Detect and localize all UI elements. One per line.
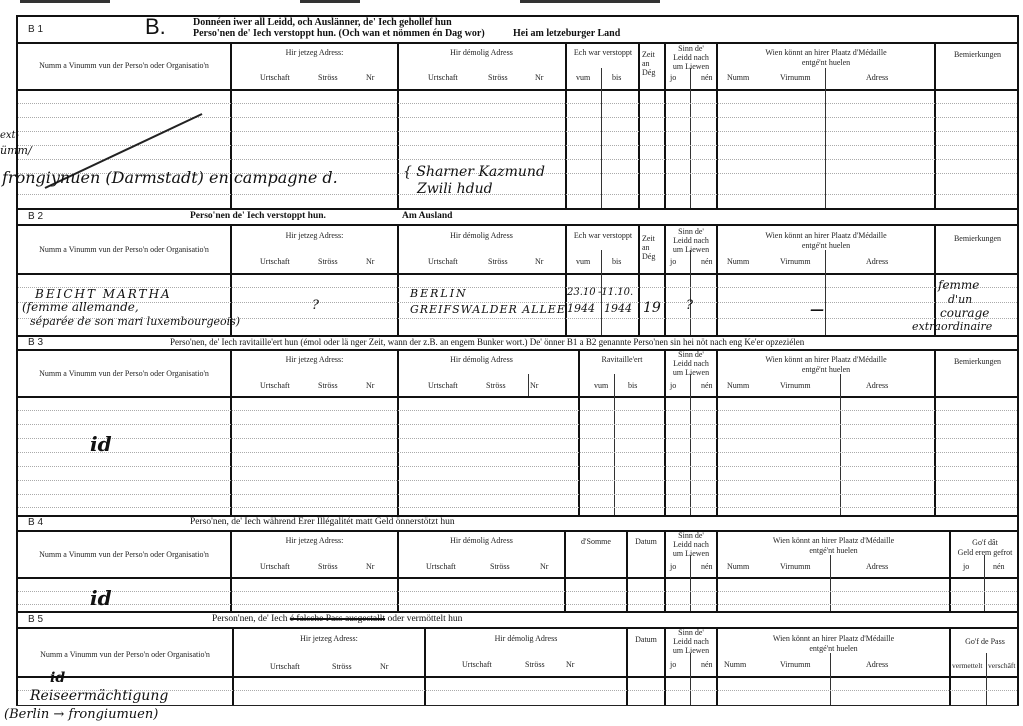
- row-line: [18, 604, 1017, 605]
- col-medal-name: Numm: [727, 73, 749, 82]
- col-no: nén: [701, 660, 713, 669]
- b1-margin-note-2: ümm/: [0, 144, 32, 157]
- col-medal-2: entgé'nt huelen: [718, 241, 934, 251]
- col-current-address: Hir jetzeg Adress:: [232, 48, 397, 57]
- b1-former-address-2: Zwili hdud: [417, 181, 493, 197]
- col-medal: Wien könnt an hirer Plaatz d'Médailleent…: [718, 231, 934, 251]
- col-street: Ströss: [332, 662, 352, 671]
- col-number: Nr: [530, 381, 538, 390]
- col-yes: jo: [670, 381, 676, 390]
- section-label-b2: B 2: [28, 211, 43, 222]
- row-line: [18, 410, 1017, 411]
- col-divider: [690, 250, 691, 335]
- b2-locality: BERLIN: [410, 287, 468, 300]
- col-divider: [690, 555, 691, 611]
- row-line: [18, 452, 1017, 453]
- form-header-top: Donnéen iwer all Leidd, och Auslänner, d…: [193, 17, 452, 28]
- col-divider: [232, 627, 234, 705]
- b2-remark-4: extraordinaire: [912, 320, 992, 333]
- col-former-address: Hir démolig Adress: [399, 536, 564, 545]
- b2-alive: ?: [686, 298, 693, 313]
- b2-remark-1: femme: [938, 278, 979, 292]
- col-from: vum: [576, 257, 590, 266]
- col-medal-name: Numm: [727, 562, 749, 571]
- b5-title-a: Person'nen, de' Iech: [212, 614, 290, 624]
- b2-from-date: 23.10: [567, 287, 596, 298]
- col-divider: [424, 627, 426, 705]
- col-divider: [230, 349, 232, 515]
- col-days-label: Zeit an Dég: [642, 234, 662, 261]
- divider: [16, 273, 1019, 275]
- col-medal-name: Numm: [724, 660, 746, 669]
- b2-medal: —: [810, 302, 824, 318]
- row-line: [18, 103, 1017, 104]
- b5-title-struck: é falsche Pass ausgestallt: [290, 614, 385, 624]
- col-locality: Urtschaft: [260, 73, 290, 82]
- scan-edge: [20, 0, 110, 3]
- col-street: Ströss: [318, 381, 338, 390]
- col-medal-2: entgé'nt huelen: [718, 58, 934, 68]
- col-medal-name: Numm: [727, 257, 749, 266]
- col-divider: [716, 530, 718, 611]
- col-medal-1: Wien könnt an hirer Plaatz d'Médaille: [718, 48, 934, 58]
- col-alive: Sinn de'Leidd nachum Liewen: [666, 227, 716, 254]
- col-divider: [397, 530, 399, 611]
- col-street: Ströss: [525, 660, 545, 669]
- col-medal-2: entgé'nt huelen: [718, 546, 949, 556]
- col-medal-address: Adress: [866, 660, 888, 669]
- col-locality: Urtschaft: [260, 381, 290, 390]
- col-alive-3: um Liewen: [666, 368, 716, 377]
- b2-title: Perso'nen de' Iech verstoppt hun.: [190, 211, 326, 221]
- col-date: Datum: [628, 635, 664, 644]
- col-sum: d'Somme: [566, 537, 626, 546]
- divider: [16, 89, 1019, 91]
- col-alive: Sinn de'Leidd nachum Liewen: [666, 628, 716, 655]
- col-number: Nr: [366, 73, 374, 82]
- col-name: Numm a Vinumm vun der Perso'n oder Organ…: [18, 550, 230, 559]
- col-alive-1: Sinn de': [666, 227, 716, 236]
- col-remarks: Bemierkungen: [936, 357, 1019, 366]
- col-street: Ströss: [488, 73, 508, 82]
- col-divider: [690, 653, 691, 705]
- col-to: bis: [612, 257, 621, 266]
- row-line: [18, 466, 1017, 467]
- col-locality: Urtschaft: [428, 73, 458, 82]
- b1-former-address-1: { Sharner Kazmund: [403, 164, 545, 180]
- col-remarks: Bemierkungen: [936, 50, 1019, 59]
- col-medal-first: Virnumm: [780, 562, 811, 571]
- col-number: Nr: [566, 660, 574, 669]
- col-name: Numm a Vinumm vun der Perso'n oder Organ…: [18, 61, 230, 70]
- col-street: Ströss: [318, 257, 338, 266]
- b2-name-line1: BEICHT MARTHA: [35, 287, 172, 301]
- col-alive-2: Leidd nach: [666, 637, 716, 646]
- col-divider: [716, 349, 718, 515]
- b2-remark-3: courage: [940, 306, 989, 320]
- col-pass: Go'f de Pass: [951, 637, 1019, 646]
- col-medal-1: Wien könnt an hirer Plaatz d'Médaille: [718, 536, 949, 546]
- col-supplied: Ravitaille'ert: [580, 355, 664, 364]
- col-pass-arranged: vermettelt: [952, 661, 982, 670]
- col-medal: Wien könnt an hirer Plaatz d'Médailleent…: [718, 48, 934, 68]
- col-medal-1: Wien könnt an hirer Plaatz d'Médaille: [718, 634, 949, 644]
- divider: [16, 42, 1019, 44]
- col-locality: Urtschaft: [270, 662, 300, 671]
- col-money-1: Go'f dât: [951, 538, 1019, 548]
- col-alive-3: um Liewen: [666, 646, 716, 655]
- b2-to-date: -11.10.: [598, 287, 633, 298]
- divider: [16, 577, 1019, 579]
- row-line: [18, 591, 1017, 592]
- col-divider: [664, 530, 666, 611]
- col-alive-3: um Liewen: [666, 245, 716, 254]
- b2-name-line2: (femme allemande,: [22, 300, 139, 314]
- col-yes: jo: [670, 660, 676, 669]
- col-alive-1: Sinn de': [666, 628, 716, 637]
- col-alive: Sinn de'Leidd nachum Liewen: [666, 44, 716, 71]
- col-hidden: Ech war verstoppt: [567, 231, 639, 240]
- divider: [16, 396, 1019, 398]
- col-medal-1: Wien könnt an hirer Plaatz d'Médaille: [718, 231, 934, 241]
- col-yes: jo: [963, 562, 969, 571]
- col-divider: [638, 42, 640, 208]
- col-alive-1: Sinn de': [666, 531, 716, 540]
- col-divider: [230, 530, 232, 611]
- divider: [16, 611, 1019, 613]
- col-from: vum: [576, 73, 590, 82]
- col-medal-2: entgé'nt huelen: [718, 644, 949, 654]
- col-medal-address: Adress: [866, 381, 888, 390]
- col-number: Nr: [535, 73, 543, 82]
- col-yes: jo: [670, 562, 676, 571]
- b3-name-entry: id: [90, 432, 112, 456]
- form-header-sub: Perso'nen de' Iech verstoppt hun. (Och w…: [193, 28, 485, 39]
- col-medal-first: Virnumm: [780, 381, 811, 390]
- col-divider: [716, 42, 718, 208]
- col-name: Numm a Vinumm vun der Perso'n oder Organ…: [18, 650, 232, 659]
- col-divider: [825, 250, 826, 335]
- col-current-address: Hir jetzeg Adress:: [232, 231, 397, 240]
- col-to: bis: [628, 381, 637, 390]
- col-days: Zeit an Dég: [642, 234, 662, 261]
- col-yes: jo: [670, 73, 676, 82]
- col-divider: [949, 627, 951, 705]
- col-locality: Urtschaft: [260, 562, 290, 571]
- col-alive-1: Sinn de': [666, 350, 716, 359]
- section-label-b4: B 4: [28, 517, 43, 528]
- section-label-b3: B 3: [28, 337, 43, 348]
- col-number: Nr: [366, 257, 374, 266]
- col-former-address: Hir démolig Adress: [399, 48, 564, 57]
- col-days: Zeit an Dég: [642, 50, 662, 77]
- col-street: Ströss: [488, 257, 508, 266]
- col-medal-address: Adress: [866, 257, 888, 266]
- col-no: nén: [993, 562, 1005, 571]
- col-divider: [986, 653, 987, 705]
- col-alive-1: Sinn de': [666, 44, 716, 53]
- row-line: [18, 507, 1017, 508]
- col-divider: [984, 555, 985, 611]
- divider: [16, 676, 1019, 678]
- col-alive-2: Leidd nach: [666, 540, 716, 549]
- col-medal-2: entgé'nt huelen: [718, 365, 934, 375]
- divider: [16, 224, 1019, 226]
- scan-edge: [520, 0, 660, 3]
- col-current-address: Hir jetzeg Adress:: [232, 355, 397, 364]
- col-remarks: Bemierkungen: [936, 234, 1019, 243]
- col-divider: [626, 627, 628, 705]
- b3-title: Perso'nen, de' Iech ravitaille'ert hun (…: [170, 337, 804, 347]
- col-locality: Urtschaft: [260, 257, 290, 266]
- col-alive: Sinn de'Leidd nachum Liewen: [666, 531, 716, 558]
- col-current-address: Hir jetzeg Adress:: [234, 634, 424, 643]
- col-medal-first: Virnumm: [780, 257, 811, 266]
- col-medal: Wien könnt an hirer Plaatz d'Médailleent…: [718, 536, 949, 556]
- b4-title: Perso'nen, de' Iech während Erer Illégal…: [190, 517, 455, 527]
- col-divider: [565, 42, 567, 208]
- b4-name-entry: id: [90, 586, 112, 610]
- row-line: [18, 194, 1017, 195]
- col-alive-3: um Liewen: [666, 549, 716, 558]
- col-date: Datum: [628, 537, 664, 546]
- col-hidden: Ech war verstoppt: [567, 48, 639, 57]
- col-divider: [716, 627, 718, 705]
- row-line: [18, 480, 1017, 481]
- row-line: [18, 424, 1017, 425]
- col-street: Ströss: [318, 73, 338, 82]
- col-divider: [664, 627, 666, 705]
- col-medal-address: Adress: [866, 562, 888, 571]
- b5-name-line1: Reiseermächtigung: [30, 688, 168, 704]
- col-divider: [949, 530, 951, 611]
- col-medal-first: Virnumm: [780, 73, 811, 82]
- col-name: Numm a Vinumm vun der Perso'n oder Organ…: [18, 369, 230, 378]
- b2-to-year: 1944: [604, 302, 632, 315]
- col-number: Nr: [366, 381, 374, 390]
- col-no: nén: [701, 381, 713, 390]
- b5-name-line2: (Berlin → frongiumuen): [4, 707, 158, 722]
- col-number: Nr: [540, 562, 548, 571]
- divider: [16, 705, 1019, 706]
- col-from: vum: [594, 381, 608, 390]
- col-divider: [830, 555, 831, 611]
- col-locality: Urtschaft: [428, 381, 458, 390]
- scan-edge: [300, 0, 360, 3]
- col-former-address: Hir démolig Adress: [399, 231, 564, 240]
- section-label-b5: B 5: [28, 614, 43, 625]
- col-medal-address: Adress: [866, 73, 888, 82]
- col-divider: [830, 653, 831, 705]
- divider: [16, 627, 1019, 629]
- col-divider: [564, 530, 566, 611]
- b2-days: 19: [643, 300, 661, 316]
- b5-id-entry: id: [50, 670, 65, 686]
- b1-name-entry: frongiynuen (Darmstadt) en campagne d.: [2, 168, 338, 187]
- col-to: bis: [612, 73, 621, 82]
- col-name: Numm a Vinumm vun der Perso'n oder Organ…: [18, 245, 230, 254]
- col-alive-3: um Liewen: [666, 62, 716, 71]
- col-days-label: Zeit an Dég: [642, 50, 662, 77]
- section-label-b1: B 1: [28, 24, 43, 35]
- col-street: Ströss: [490, 562, 510, 571]
- b5-title: Person'nen, de' Iech é falsche Pass ausg…: [212, 614, 462, 624]
- form-header-land: Hei am letzeburger Land: [513, 28, 620, 39]
- col-divider: [825, 68, 826, 208]
- col-medal-first: Virnumm: [780, 660, 811, 669]
- col-former-address: Hir démolig Adress: [399, 355, 564, 364]
- b2-place: Am Ausland: [402, 211, 452, 221]
- col-pass-issued: verschâft: [988, 661, 1015, 670]
- col-no: nén: [701, 257, 713, 266]
- b2-current-address: ?: [312, 298, 319, 313]
- col-locality: Urtschaft: [428, 257, 458, 266]
- col-number: Nr: [380, 662, 388, 671]
- col-money-returned: Go'f dâtGeld erem gefrot: [951, 538, 1019, 558]
- col-divider: [397, 42, 399, 208]
- col-alive-2: Leidd nach: [666, 359, 716, 368]
- col-alive: Sinn de'Leidd nachum Liewen: [666, 350, 716, 377]
- col-yes: jo: [670, 257, 676, 266]
- b2-name-line3: séparée de son mari luxembourgeois): [30, 315, 240, 328]
- col-alive-2: Leidd nach: [666, 236, 716, 245]
- col-divider: [626, 530, 628, 611]
- col-no: nén: [701, 562, 713, 571]
- col-divider: [664, 349, 666, 515]
- col-divider: [934, 349, 936, 515]
- b2-street: GREIFSWALDER ALLEE: [410, 303, 566, 316]
- col-money-2: Geld erem gefrot: [951, 548, 1019, 558]
- col-divider: [690, 68, 691, 208]
- col-current-address: Hir jetzeg Adress:: [232, 536, 397, 545]
- divider: [16, 349, 1019, 351]
- col-street: Ströss: [318, 562, 338, 571]
- col-locality: Urtschaft: [426, 562, 456, 571]
- divider: [16, 208, 1019, 210]
- col-number: Nr: [535, 257, 543, 266]
- row-line: [18, 494, 1017, 495]
- col-number: Nr: [366, 562, 374, 571]
- col-medal-name: Numm: [727, 381, 749, 390]
- col-alive-2: Leidd nach: [666, 53, 716, 62]
- col-street: Ströss: [486, 381, 506, 390]
- col-divider: [601, 68, 602, 208]
- col-divider: [528, 374, 529, 396]
- col-medal: Wien könnt an hirer Plaatz d'Médailleent…: [718, 634, 949, 654]
- col-medal: Wien könnt an hirer Plaatz d'Médailleent…: [718, 355, 934, 375]
- col-former-address: Hir démolig Adress: [426, 634, 626, 643]
- col-no: nén: [701, 73, 713, 82]
- col-divider: [934, 42, 936, 208]
- col-locality: Urtschaft: [462, 660, 492, 669]
- row-line: [18, 438, 1017, 439]
- b1-margin-note-1: ext-: [0, 130, 19, 141]
- b2-remark-2: d'un: [948, 293, 972, 306]
- col-divider: [664, 42, 666, 208]
- col-divider: [397, 349, 399, 515]
- b5-title-b: oder vermöttelt hun: [385, 614, 462, 624]
- divider: [16, 515, 1019, 517]
- col-medal-1: Wien könnt an hirer Plaatz d'Médaille: [718, 355, 934, 365]
- divider: [16, 530, 1019, 532]
- col-divider: [578, 349, 580, 515]
- b2-from-year: 1944: [567, 302, 595, 315]
- big-letter: B.: [145, 14, 166, 40]
